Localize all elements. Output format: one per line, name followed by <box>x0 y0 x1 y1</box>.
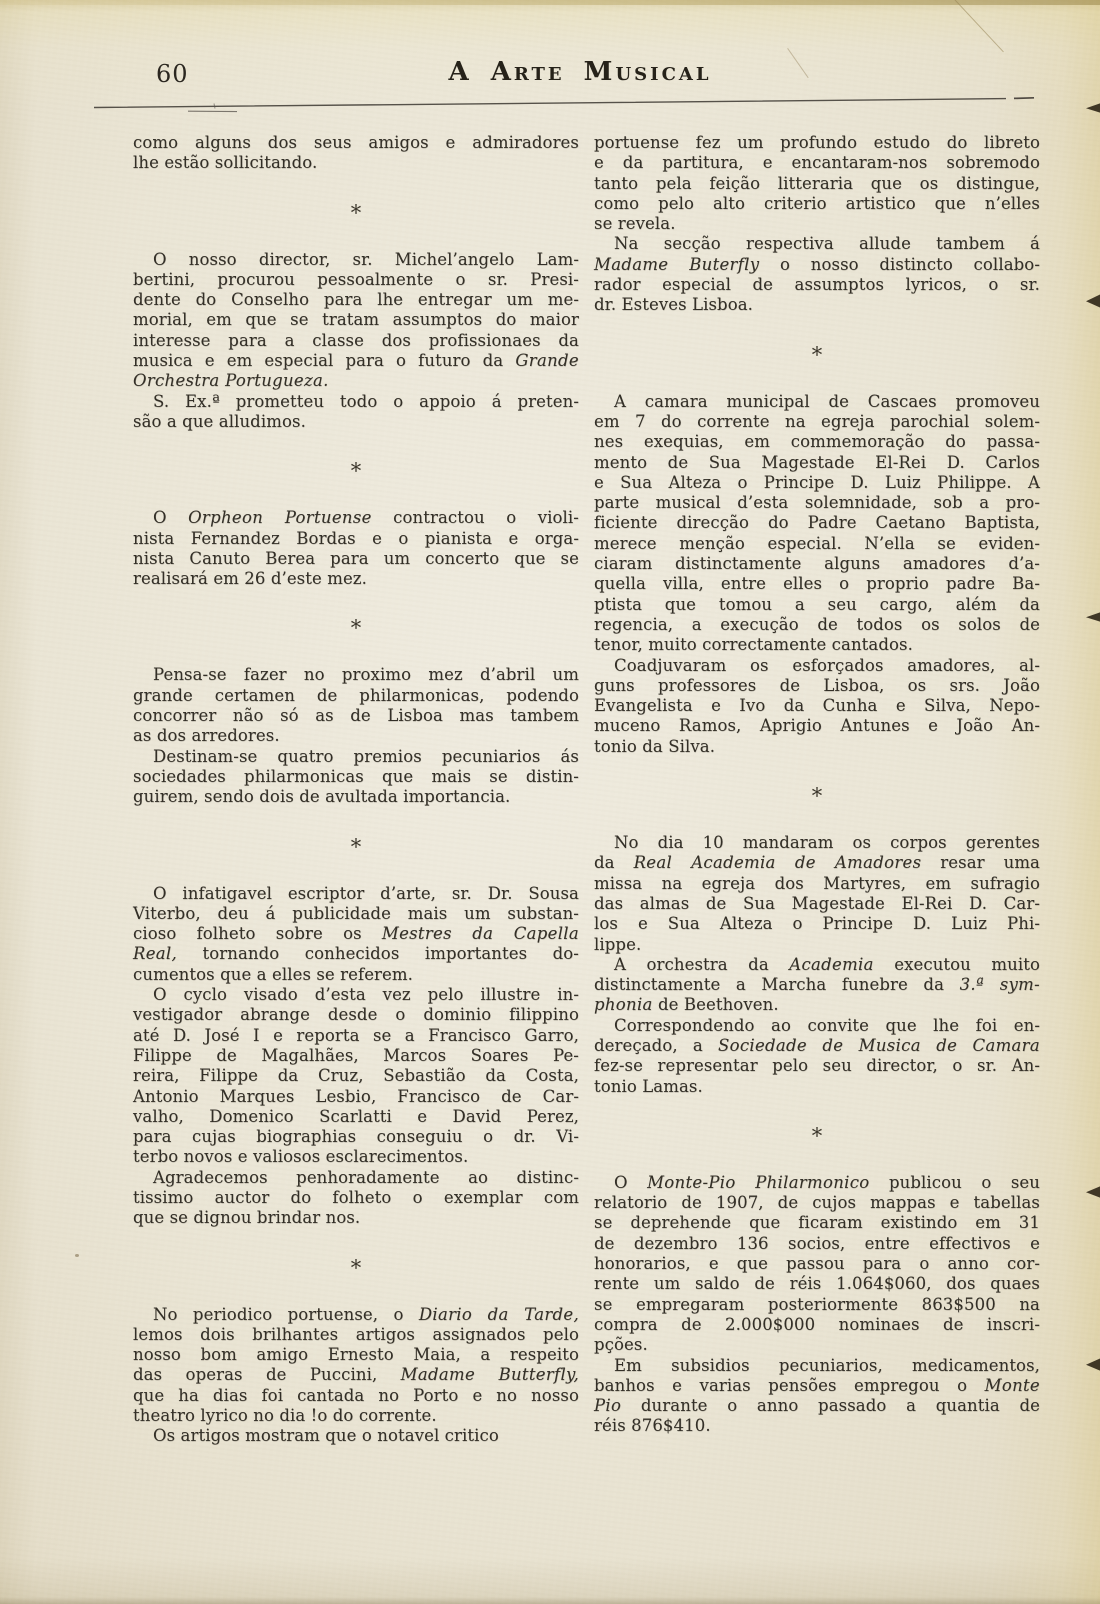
text-line: morial, em que se tratam assumptos do ma… <box>133 310 579 330</box>
paragraph: O Monte-Pio Philarmonico publicou o seur… <box>594 1173 1040 1356</box>
paper-speck <box>75 1254 79 1257</box>
text-line: tonio da Silva. <box>594 737 1040 757</box>
page-top-edge-shading <box>0 0 1100 5</box>
binding-nick <box>1086 612 1100 622</box>
text-line: são a que alludimos. <box>133 412 579 432</box>
asterisk-ornament: * <box>351 835 362 859</box>
paragraph: O nosso director, sr. Michel’angelo Lam-… <box>133 250 579 392</box>
page-title: A Arte Musical <box>30 57 1100 87</box>
text-line: O Monte-Pio Philarmonico publicou o seu <box>594 1173 1040 1193</box>
text-line: honorarios, e que passou para o anno cor… <box>594 1254 1040 1274</box>
text-line: phonia de Beethoven. <box>594 995 1040 1015</box>
section-separator: * <box>594 1097 1040 1173</box>
text-line: guirem, sendo dois de avultada importanc… <box>133 787 579 807</box>
text-line: nes exequias, em commemoração do passa- <box>594 432 1040 452</box>
text-line: Evangelista e Ivo da Cunha e Silva, Nepo… <box>594 696 1040 716</box>
paragraph: Os artigos mostram que o notavel critico <box>133 1426 579 1446</box>
text-line: musica e em especial para o futuro da Gr… <box>133 351 579 371</box>
text-line: pções. <box>594 1335 1040 1355</box>
magazine-page: 60 A Arte Musical como alguns dos seus a… <box>0 0 1100 1604</box>
text-line: distinctamente a Marcha funebre da 3.ª s… <box>594 975 1040 995</box>
paragraph: O cyclo visado d’esta vez pelo illustre … <box>133 985 579 1168</box>
paragraph: No periodico portuense, o Diario da Tard… <box>133 1305 579 1427</box>
text-line: ficiente direcção do Padre Caetano Bapti… <box>594 513 1040 533</box>
paragraph: Pensa-se fazer no proximo mez d’abril um… <box>133 665 579 746</box>
asterisk-ornament: * <box>351 201 362 225</box>
asterisk-ornament: * <box>351 616 362 640</box>
right-column: portuense fez um profundo estudo do libr… <box>594 133 1040 1437</box>
text-line: Madame Buterfly o nosso distincto collab… <box>594 255 1040 275</box>
text-line: réis 876$410. <box>594 1416 1040 1436</box>
binding-nick <box>1086 294 1100 308</box>
text-line: e da partitura, e encantaram-nos sobremo… <box>594 153 1040 173</box>
text-line: para cujas biographias conseguiu o dr. V… <box>133 1127 579 1147</box>
text-line: tenor, muito correctamente cantados. <box>594 635 1040 655</box>
text-line: S. Ex.ª prometteu todo o appoio á preten… <box>133 392 579 412</box>
text-line: valho, Domenico Scarlatti e David Perez, <box>133 1107 579 1127</box>
text-line: lemos dois brilhantes artigos assignados… <box>133 1325 579 1345</box>
text-line: como pelo alto criterio artistico que n’… <box>594 194 1040 214</box>
text-line: até D. José I e reporta se a Francisco G… <box>133 1026 579 1046</box>
text-line: regencia, a execução de todos os solos d… <box>594 615 1040 635</box>
text-line: portuense fez um profundo estudo do libr… <box>594 133 1040 153</box>
section-separator: * <box>133 174 579 250</box>
text-line: Coadjuvaram os esforçados amadores, al- <box>594 656 1040 676</box>
paragraph: como alguns dos seus amigos e admiradore… <box>133 133 579 174</box>
text-line: parte musical d’esta solemnidade, sob a … <box>594 493 1040 513</box>
paper-crease <box>951 0 1004 52</box>
page-bottom-edge-shading <box>0 1597 1100 1604</box>
text-line: muceno Ramos, Aprigio Antunes e João An- <box>594 716 1040 736</box>
asterisk-ornament: * <box>812 1124 823 1148</box>
text-line: Viterbo, deu á publicidade mais um subst… <box>133 904 579 924</box>
text-line: tanto pela feição litteraria que os dist… <box>594 174 1040 194</box>
paragraph: portuense fez um profundo estudo do libr… <box>594 133 1040 234</box>
text-line: O infatigavel escriptor d’arte, sr. Dr. … <box>133 884 579 904</box>
text-line: cumentos que a elles se referem. <box>133 965 579 985</box>
text-line: compra de 2.000$000 nominaes de inscri- <box>594 1315 1040 1335</box>
paper-speck <box>906 207 908 209</box>
paragraph: Coadjuvaram os esforçados amadores, al-g… <box>594 656 1040 757</box>
text-line: Os artigos mostram que o notavel critico <box>133 1426 579 1446</box>
text-line: Na secção respectiva allude tambem á <box>594 234 1040 254</box>
binding-nick <box>1086 103 1100 113</box>
text-line: missa na egreja dos Martyres, em sufragi… <box>594 874 1040 894</box>
asterisk-ornament: * <box>812 784 823 808</box>
text-line: No dia 10 mandaram os corpos gerentes <box>594 833 1040 853</box>
text-line: se deprehende que ficaram existindo em 3… <box>594 1213 1040 1233</box>
text-line: cioso folheto sobre os Mestres da Capell… <box>133 924 579 944</box>
text-line: grande certamen de philarmonicas, podend… <box>133 686 579 706</box>
text-line: theatro lyrico no dia !o do corrente. <box>133 1406 579 1426</box>
text-line: sociedades philarmonicas que mais se dis… <box>133 767 579 787</box>
text-line: guns professores de Lisboa, os srs. João <box>594 676 1040 696</box>
text-line: concorrer não só as de Lisboa mas tambem <box>133 706 579 726</box>
text-line: No periodico portuense, o Diario da Tard… <box>133 1305 579 1325</box>
text-line: se empregaram posteriormente 863$500 na <box>594 1295 1040 1315</box>
section-separator: * <box>133 432 579 508</box>
text-line: O nosso director, sr. Michel’angelo Lam- <box>133 250 579 270</box>
paragraph: S. Ex.ª prometteu todo o appoio á preten… <box>133 392 579 433</box>
text-line: interesse para a classe dos profissionae… <box>133 331 579 351</box>
text-line: realisará em 26 d’este mez. <box>133 569 579 589</box>
text-line: ciaram distinctamente alguns amadores d’… <box>594 554 1040 574</box>
text-line: tonio Lamas. <box>594 1077 1040 1097</box>
text-line: das almas de Sua Magestade El-Rei D. Car… <box>594 894 1040 914</box>
left-column: como alguns dos seus amigos e admiradore… <box>133 133 579 1447</box>
paragraph: Em subsidios pecuniarios, medicamentos,b… <box>594 1356 1040 1437</box>
text-line: A camara municipal de Cascaes promoveu <box>594 392 1040 412</box>
paragraph: Destinam-se quatro premios pecuniarios á… <box>133 747 579 808</box>
section-separator: * <box>133 589 579 665</box>
text-line: O cyclo visado d’esta vez pelo illustre … <box>133 985 579 1005</box>
text-line: que se dignou brindar nos. <box>133 1208 579 1228</box>
section-separator: * <box>133 1229 579 1305</box>
text-line: dereçado, a Sociedade de Musica de Camar… <box>594 1036 1040 1056</box>
text-line: fez-se representar pelo seu director, o … <box>594 1056 1040 1076</box>
paragraph: A orchestra da Academia executou muitodi… <box>594 955 1040 1016</box>
text-line: Filippe de Magalhães, Marcos Soares Pe- <box>133 1046 579 1066</box>
text-line: quella villa, entre elles o proprio padr… <box>594 574 1040 594</box>
text-line: como alguns dos seus amigos e admiradore… <box>133 133 579 153</box>
header-rule <box>88 93 1038 115</box>
text-line: as dos arredores. <box>133 726 579 746</box>
binding-nick <box>1086 1186 1100 1198</box>
text-line: rente um saldo de réis 1.064$060, dos qu… <box>594 1274 1040 1294</box>
paragraph: Na secção respectiva allude tambem áMada… <box>594 234 1040 315</box>
paragraph: O Orpheon Portuense contractou o violi-n… <box>133 508 579 589</box>
text-line: Pensa-se fazer no proximo mez d’abril um <box>133 665 579 685</box>
paragraph: A camara municipal de Cascaes promoveuem… <box>594 392 1040 656</box>
text-line: merece menção especial. N’ella se eviden… <box>594 534 1040 554</box>
text-line: lhe estão sollicitando. <box>133 153 579 173</box>
binding-nick <box>1086 1358 1100 1371</box>
text-line: tissimo auctor do folheto o exemplar com <box>133 1188 579 1208</box>
text-line: de dezembro 136 socios, entre effectivos… <box>594 1234 1040 1254</box>
text-line: dr. Esteves Lisboa. <box>594 295 1040 315</box>
text-line: das operas de Puccini, Madame Butterfly, <box>133 1365 579 1385</box>
paragraph: No dia 10 mandaram os corpos gerentesda … <box>594 833 1040 955</box>
text-line: nosso bom amigo Ernesto Maia, a respeito <box>133 1345 579 1365</box>
text-line: los e Sua Alteza o Principe D. Luiz Phi- <box>594 914 1040 934</box>
asterisk-ornament: * <box>351 1256 362 1280</box>
section-separator: * <box>594 316 1040 392</box>
section-separator: * <box>133 808 579 884</box>
text-line: Destinam-se quatro premios pecuniarios á… <box>133 747 579 767</box>
text-line: rador especial de assumptos lyricos, o s… <box>594 275 1040 295</box>
text-line: e Sua Alteza o Principe D. Luiz Philippe… <box>594 473 1040 493</box>
text-line: Pio durante o anno passado a quantia de <box>594 1396 1040 1416</box>
text-line: relatorio de 1907, de cujos mappas e tab… <box>594 1193 1040 1213</box>
text-line: dente do Conselho para lhe entregar um m… <box>133 290 579 310</box>
text-line: lippe. <box>594 935 1040 955</box>
text-line: A orchestra da Academia executou muito <box>594 955 1040 975</box>
text-line: Antonio Marques Lesbio, Francisco de Car… <box>133 1087 579 1107</box>
text-line: Orchestra Portugueza. <box>133 371 579 391</box>
text-line: Correspondendo ao convite que lhe foi en… <box>594 1016 1040 1036</box>
text-line: em 7 do corrente na egreja parochial sol… <box>594 412 1040 432</box>
asterisk-ornament: * <box>812 343 823 367</box>
section-separator: * <box>594 757 1040 833</box>
text-line: terbo novos e valiosos esclarecimentos. <box>133 1147 579 1167</box>
text-line: reira, Filippe da Cruz, Sebastião da Cos… <box>133 1066 579 1086</box>
text-line: vestigador abrange desde o dominio filip… <box>133 1005 579 1025</box>
text-line: Em subsidios pecuniarios, medicamentos, <box>594 1356 1040 1376</box>
text-line: Real, tornando conhecidos importantes do… <box>133 944 579 964</box>
asterisk-ornament: * <box>351 459 362 483</box>
text-line: banhos e varias pensões empregou o Monte <box>594 1376 1040 1396</box>
paragraph: O infatigavel escriptor d’arte, sr. Dr. … <box>133 884 579 985</box>
text-line: Agradecemos penhoradamente ao distinc- <box>133 1168 579 1188</box>
paragraph: Correspondendo ao convite que lhe foi en… <box>594 1016 1040 1097</box>
text-line: mento de Sua Magestade El-Rei D. Carlos <box>594 453 1040 473</box>
text-line: ptista que tomou a seu cargo, além da <box>594 595 1040 615</box>
text-line: da Real Academia de Amadores resar uma <box>594 853 1040 873</box>
text-line: que ha dias foi cantada no Porto e no no… <box>133 1386 579 1406</box>
paragraph: Agradecemos penhoradamente ao distinc-ti… <box>133 1168 579 1229</box>
text-line: O Orpheon Portuense contractou o violi- <box>133 508 579 528</box>
text-line: nista Canuto Berea para um concerto que … <box>133 549 579 569</box>
text-line: bertini, procurou pessoalmente o sr. Pre… <box>133 270 579 290</box>
text-line: nista Fernandez Bordas e o pianista e or… <box>133 529 579 549</box>
text-line: se revela. <box>594 214 1040 234</box>
